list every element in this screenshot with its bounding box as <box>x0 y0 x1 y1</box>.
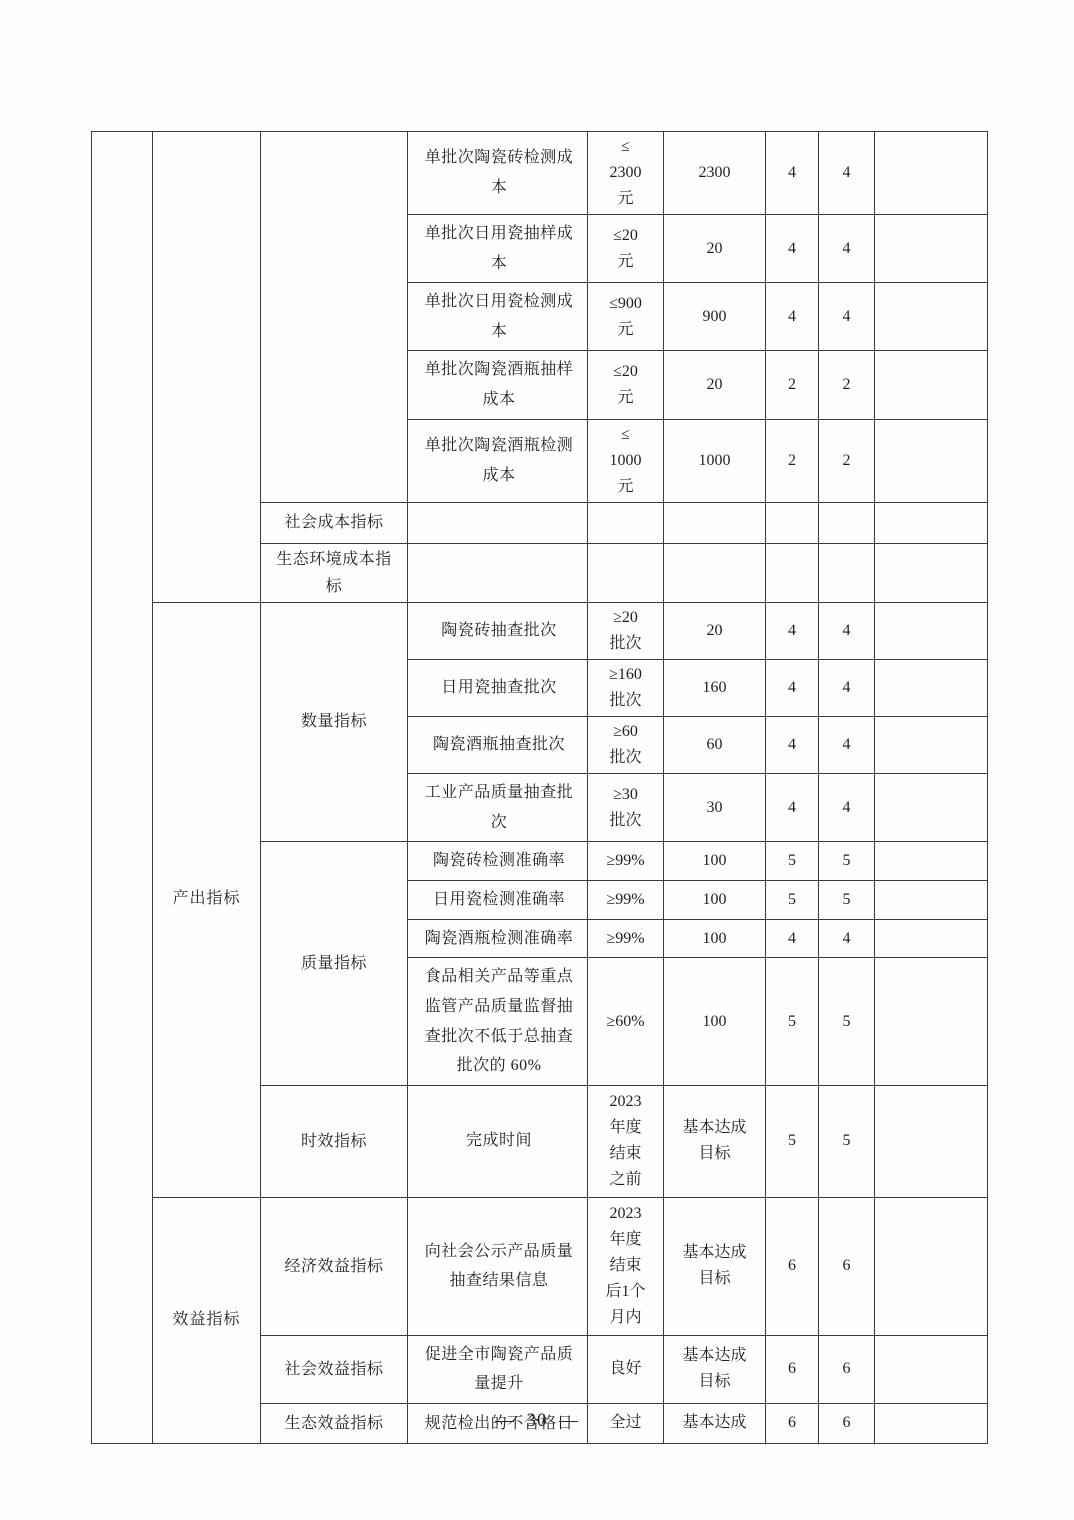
target-value-cell <box>588 543 664 602</box>
table-row: 单批次陶瓷砖检测成本 ≤ 2300 元 2300 4 4 <box>92 132 988 215</box>
score-cell: 6 <box>819 1335 875 1403</box>
indicator-cell: 单批次日用瓷检测成本 <box>408 283 588 351</box>
score-cell: 4 <box>819 132 875 215</box>
target-value-cell: 2023 年度 结束 后1个 月内 <box>588 1197 664 1335</box>
actual-value-cell <box>664 502 766 543</box>
score-cell: 4 <box>819 283 875 351</box>
weight-cell: 2 <box>766 351 819 419</box>
weight-cell: 5 <box>766 842 819 881</box>
indicator-cell: 单批次日用瓷抽样成本 <box>408 215 588 283</box>
target-value-cell: ≥60% <box>588 958 664 1085</box>
weight-cell <box>766 543 819 602</box>
indicator-cell: 完成时间 <box>408 1085 588 1197</box>
weight-cell: 4 <box>766 602 819 659</box>
weight-cell <box>766 502 819 543</box>
score-cell: 4 <box>819 919 875 958</box>
score-cell <box>819 543 875 602</box>
actual-value-cell: 20 <box>664 351 766 419</box>
indicator-cell: 日用瓷检测准确率 <box>408 880 588 919</box>
score-cell: 5 <box>819 958 875 1085</box>
actual-value-cell: 100 <box>664 880 766 919</box>
remark-cell <box>875 132 988 215</box>
remark-cell <box>875 919 988 958</box>
indicator-cell: 陶瓷酒瓶抽查批次 <box>408 716 588 773</box>
weight-cell: 6 <box>766 1197 819 1335</box>
remark-cell <box>875 602 988 659</box>
table-row: 产出指标 数量指标 陶瓷砖抽查批次 ≥20 批次 20 4 4 <box>92 602 988 659</box>
score-cell: 6 <box>819 1197 875 1335</box>
remark-cell <box>875 659 988 716</box>
page-number: — 30 — <box>0 1410 1074 1432</box>
weight-cell: 4 <box>766 132 819 215</box>
left-spanning-cell <box>92 132 153 1444</box>
indicator-cell: 陶瓷砖抽查批次 <box>408 602 588 659</box>
score-cell <box>819 502 875 543</box>
actual-value-cell: 2300 <box>664 132 766 215</box>
weight-cell: 5 <box>766 958 819 1085</box>
target-value-cell: ≥99% <box>588 880 664 919</box>
indicator-cell: 向社会公示产品质量抽查结果信息 <box>408 1197 588 1335</box>
score-cell: 4 <box>819 716 875 773</box>
remark-cell <box>875 215 988 283</box>
weight-cell: 4 <box>766 283 819 351</box>
remark-cell <box>875 880 988 919</box>
indicator-cell: 陶瓷砖检测准确率 <box>408 842 588 881</box>
category-cost-continuation-cell <box>153 132 261 603</box>
score-cell: 5 <box>819 1085 875 1197</box>
weight-cell: 4 <box>766 716 819 773</box>
actual-value-cell: 160 <box>664 659 766 716</box>
indicator-cell: 工业产品质量抽查批次 <box>408 773 588 841</box>
score-cell: 5 <box>819 842 875 881</box>
target-value-cell <box>588 502 664 543</box>
target-value-cell: ≤ 2300 元 <box>588 132 664 215</box>
indicator-cell: 陶瓷酒瓶检测准确率 <box>408 919 588 958</box>
target-value-cell: ≥99% <box>588 919 664 958</box>
target-value-cell: ≥20 批次 <box>588 602 664 659</box>
indicator-cell: 单批次陶瓷酒瓶抽样成本 <box>408 351 588 419</box>
actual-value-cell: 30 <box>664 773 766 841</box>
actual-value-cell: 100 <box>664 842 766 881</box>
target-value-cell: ≤900 元 <box>588 283 664 351</box>
target-value-cell: ≥160 批次 <box>588 659 664 716</box>
indicator-cell: 单批次陶瓷酒瓶检测成本 <box>408 419 588 502</box>
actual-value-cell: 20 <box>664 215 766 283</box>
remark-cell <box>875 773 988 841</box>
category-output-indicators: 产出指标 <box>153 602 261 1197</box>
subcategory-quantity: 数量指标 <box>261 602 408 841</box>
weight-cell: 6 <box>766 1335 819 1403</box>
target-value-cell: ≥60 批次 <box>588 716 664 773</box>
score-cell: 2 <box>819 419 875 502</box>
remark-cell <box>875 1197 988 1335</box>
subcategory-quality: 质量指标 <box>261 842 408 1086</box>
remark-cell <box>875 842 988 881</box>
indicator-cell: 日用瓷抽查批次 <box>408 659 588 716</box>
weight-cell: 4 <box>766 919 819 958</box>
actual-value-cell: 基本达成 目标 <box>664 1335 766 1403</box>
category-benefit-indicators: 效益指标 <box>153 1197 261 1443</box>
subcategory-social-cost: 社会成本指标 <box>261 502 408 543</box>
document-page: 单批次陶瓷砖检测成本 ≤ 2300 元 2300 4 4 单批次日用瓷抽样成本 … <box>0 0 1074 1520</box>
target-value-cell: ≥30 批次 <box>588 773 664 841</box>
weight-cell: 4 <box>766 659 819 716</box>
indicator-cell: 单批次陶瓷砖检测成本 <box>408 132 588 215</box>
actual-value-cell: 20 <box>664 602 766 659</box>
score-cell: 2 <box>819 351 875 419</box>
remark-cell <box>875 958 988 1085</box>
remark-cell <box>875 502 988 543</box>
score-cell: 4 <box>819 773 875 841</box>
weight-cell: 5 <box>766 880 819 919</box>
weight-cell: 4 <box>766 215 819 283</box>
subcategory-continuation-cell <box>261 132 408 503</box>
actual-value-cell: 基本达成 目标 <box>664 1085 766 1197</box>
table-row: 效益指标 经济效益指标 向社会公示产品质量抽查结果信息 2023 年度 结束 后… <box>92 1197 988 1335</box>
remark-cell <box>875 543 988 602</box>
remark-cell <box>875 1335 988 1403</box>
actual-value-cell: 100 <box>664 919 766 958</box>
indicator-cell: 促进全市陶瓷产品质量提升 <box>408 1335 588 1403</box>
actual-value-cell: 60 <box>664 716 766 773</box>
remark-cell <box>875 283 988 351</box>
actual-value-cell <box>664 543 766 602</box>
indicator-cell <box>408 543 588 602</box>
target-value-cell: ≤20 元 <box>588 351 664 419</box>
actual-value-cell: 1000 <box>664 419 766 502</box>
subcategory-eco-env-cost: 生态环境成本指 标 <box>261 543 408 602</box>
actual-value-cell: 基本达成 目标 <box>664 1197 766 1335</box>
indicator-cell <box>408 502 588 543</box>
performance-indicator-table: 单批次陶瓷砖检测成本 ≤ 2300 元 2300 4 4 单批次日用瓷抽样成本 … <box>91 131 988 1444</box>
remark-cell <box>875 1085 988 1197</box>
remark-cell <box>875 716 988 773</box>
remark-cell <box>875 351 988 419</box>
remark-cell <box>875 419 988 502</box>
weight-cell: 2 <box>766 419 819 502</box>
score-cell: 4 <box>819 659 875 716</box>
target-value-cell: 良好 <box>588 1335 664 1403</box>
subcategory-economic-benefit: 经济效益指标 <box>261 1197 408 1335</box>
subcategory-timeliness: 时效指标 <box>261 1085 408 1197</box>
weight-cell: 4 <box>766 773 819 841</box>
score-cell: 4 <box>819 602 875 659</box>
score-cell: 4 <box>819 215 875 283</box>
indicator-cell: 食品相关产品等重点监管产品质量监督抽查批次不低于总抽查批次的 60% <box>408 958 588 1085</box>
target-value-cell: ≥99% <box>588 842 664 881</box>
target-value-cell: ≤20 元 <box>588 215 664 283</box>
target-value-cell: ≤ 1000 元 <box>588 419 664 502</box>
target-value-cell: 2023 年度 结束 之前 <box>588 1085 664 1197</box>
weight-cell: 5 <box>766 1085 819 1197</box>
actual-value-cell: 900 <box>664 283 766 351</box>
subcategory-social-benefit: 社会效益指标 <box>261 1335 408 1403</box>
score-cell: 5 <box>819 880 875 919</box>
actual-value-cell: 100 <box>664 958 766 1085</box>
